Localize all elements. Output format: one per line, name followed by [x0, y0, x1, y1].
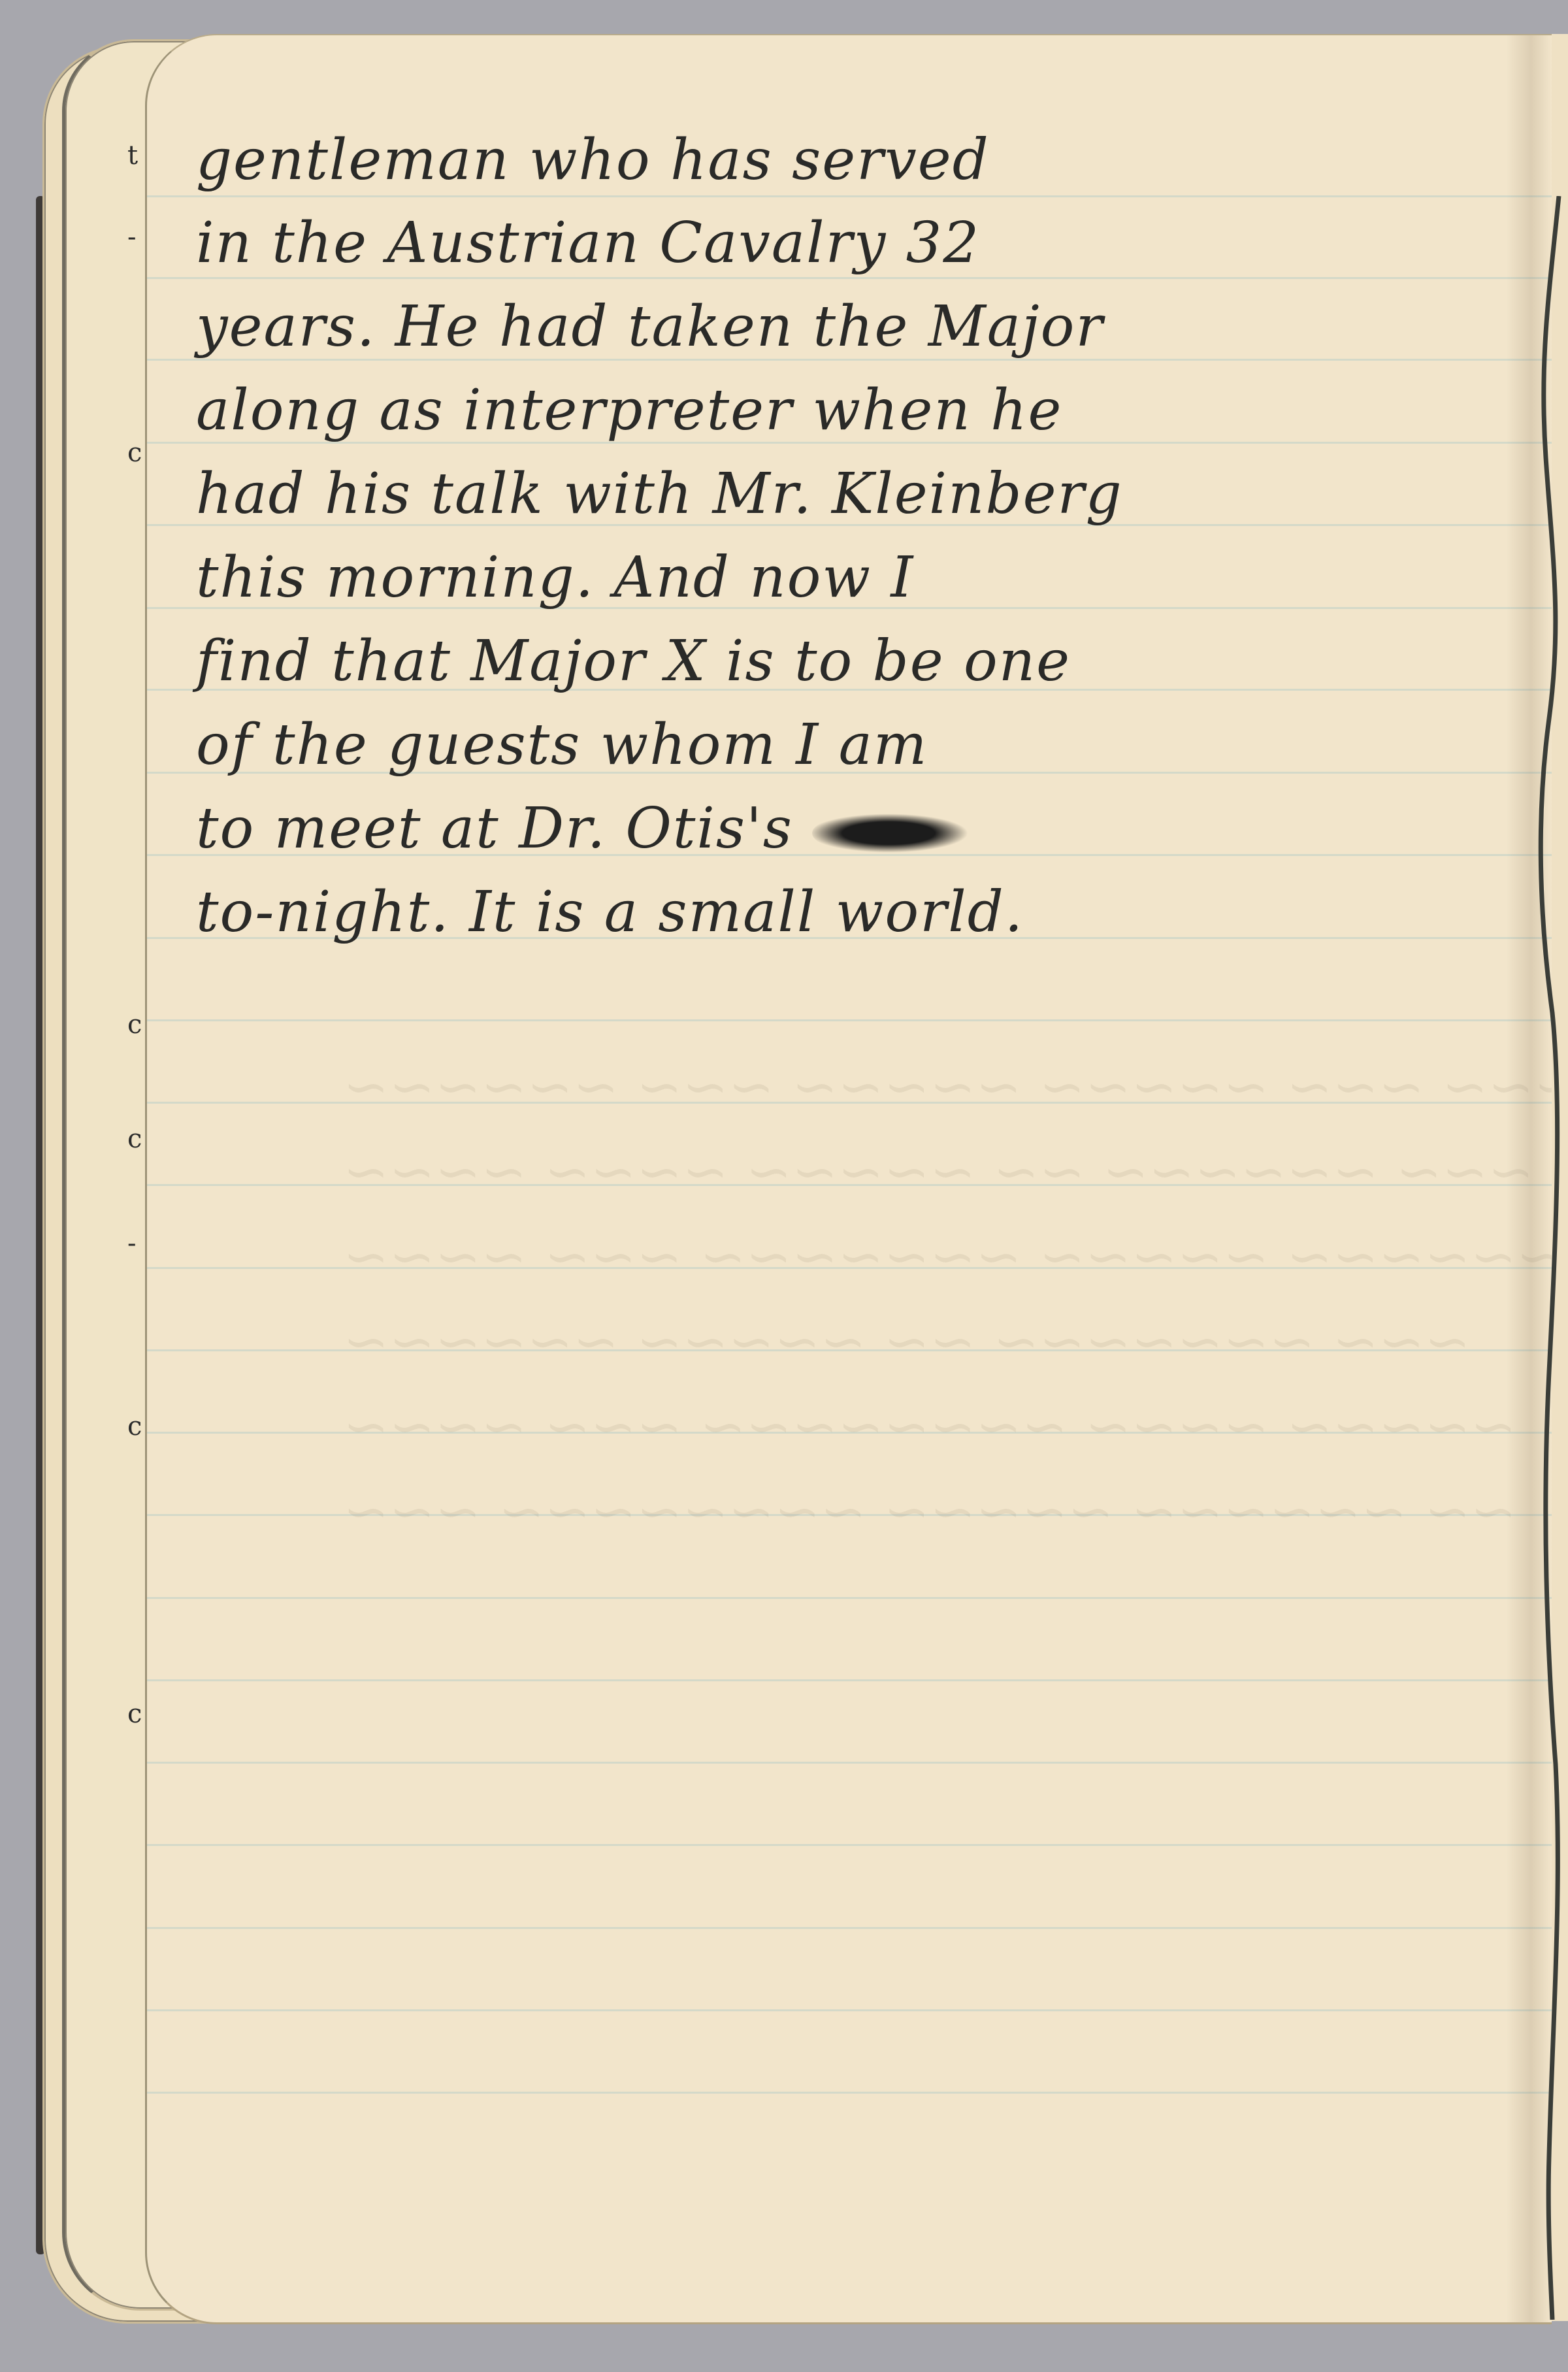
- bleed-through-text: ~~~~ ~~~ ~~~~~ ~~~~~ ~~~ ~~~~~~: [343, 1055, 1552, 1119]
- ruled-line: [147, 1679, 1552, 1681]
- bleed-through-text: ~~~ ~~~~~~ ~~ ~~~~~ ~~~~ ~~~~: [343, 1140, 1534, 1204]
- bleed-through-text: ~~ ~~~~~~ ~~~~~ ~~~~~~~~ ~~~: [343, 1479, 1516, 1543]
- handwritten-line: years. He had taken the Major: [196, 294, 1104, 359]
- bleed-through-text: ~~~ ~~~~~~~ ~~ ~~~~~ ~~~~~~: [343, 1310, 1471, 1374]
- ruled-line: [147, 277, 1552, 279]
- handwritten-line: gentleman who has served: [196, 127, 990, 193]
- bleed-through-text: ~~~~~ ~~~~ ~~~~~~~~ ~~~ ~~~~: [343, 1394, 1516, 1458]
- ruled-line: [147, 2092, 1552, 2094]
- handwritten-line: along as interpreter when he: [196, 378, 1062, 443]
- margin-mark: c: [127, 1124, 142, 1154]
- handwritten-line-text: to meet at Dr. Otis's: [196, 796, 793, 861]
- margin-mark: c: [127, 1411, 142, 1441]
- handwritten-line: of the guests whom I am: [196, 712, 928, 778]
- handwritten-line: in the Austrian Cavalry 32: [196, 210, 980, 276]
- crossed-out-word: [812, 810, 982, 856]
- ruled-line: [147, 1927, 1552, 1929]
- ruled-line: [147, 2009, 1552, 2011]
- margin-mark: -: [127, 1228, 137, 1259]
- ruled-line: [147, 195, 1552, 197]
- handwritten-line: this morning. And now I: [196, 545, 914, 610]
- margin-mark: t: [127, 140, 138, 171]
- handwritten-line: to-night. It is a small world.: [196, 880, 1024, 945]
- margin-mark: c: [127, 1010, 142, 1040]
- handwritten-line: to meet at Dr. Otis's: [196, 796, 982, 861]
- facing-page-ink-line: [1526, 196, 1565, 2320]
- ruled-line: [147, 1019, 1552, 1021]
- ruled-line: [147, 1597, 1552, 1599]
- bleed-through-text: ~~~~~~ ~~~~~ ~~~~~~~ ~~~ ~~~~: [343, 1225, 1552, 1289]
- margin-mark: c: [127, 438, 142, 468]
- margin-mark: c: [127, 1699, 142, 1729]
- ruled-line: [147, 1762, 1552, 1764]
- handwritten-line: find that Major X is to be one: [196, 629, 1071, 694]
- handwritten-line: had his talk with Mr. Kleinberg: [196, 461, 1123, 527]
- ruled-line: [147, 1844, 1552, 1846]
- margin-mark: -: [127, 222, 137, 252]
